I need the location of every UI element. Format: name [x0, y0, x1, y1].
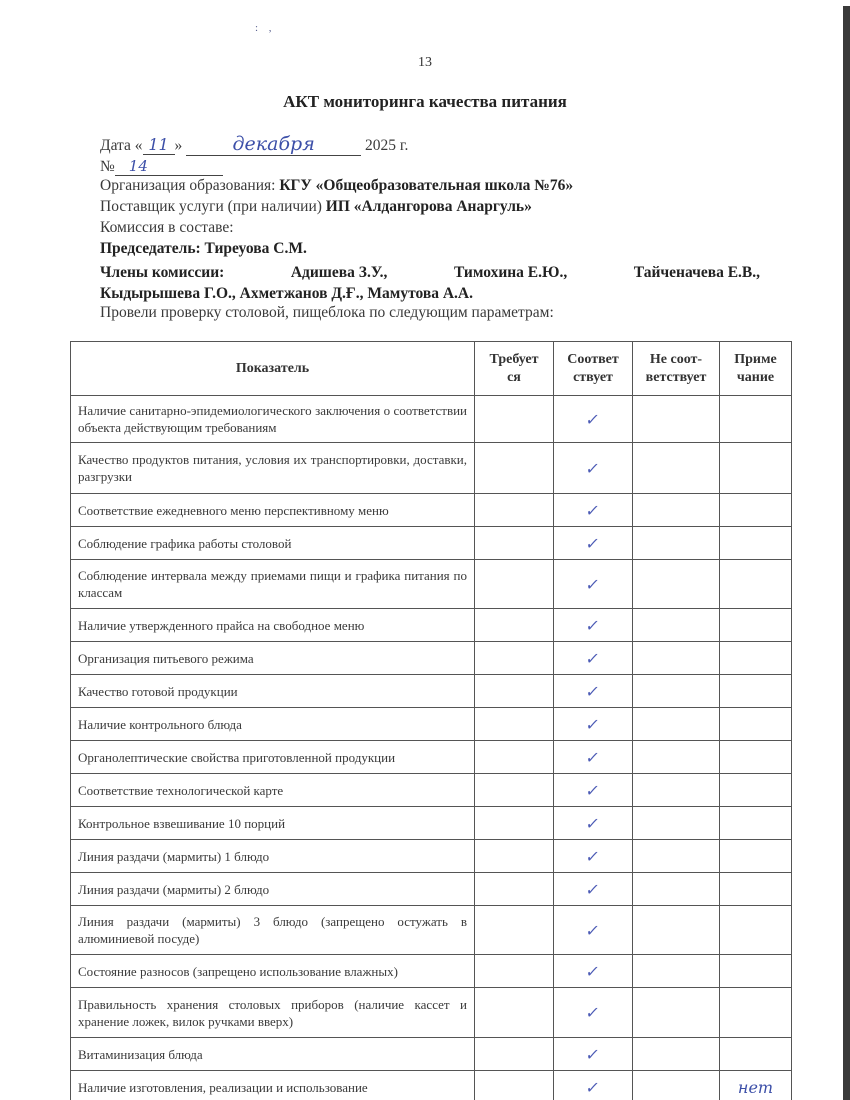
indicator-cell: Соблюдение интервала между приемами пищи…: [71, 560, 475, 609]
checkmark-icon: ✓: [585, 921, 602, 940]
not-complies-cell: [633, 988, 720, 1038]
number-label: №: [100, 158, 115, 175]
checkmark-icon: ✓: [585, 1045, 602, 1064]
member: Тайченачева Е.В.,: [634, 262, 760, 283]
required-cell: [475, 609, 554, 642]
required-cell: [475, 840, 554, 873]
header-complies: Соответствует: [554, 342, 633, 396]
required-cell: [475, 741, 554, 774]
date-mid: »: [175, 137, 183, 154]
table-row: Линия раздачи (мармиты) 1 блюдо✓: [71, 840, 792, 873]
required-cell: [475, 560, 554, 609]
date-year: 2025 г.: [365, 137, 408, 154]
note-cell: [720, 708, 792, 741]
complies-cell: ✓: [554, 774, 633, 807]
note-cell: [720, 955, 792, 988]
required-cell: [475, 1071, 554, 1100]
commission-label: Комиссия в составе:: [100, 219, 234, 237]
not-complies-cell: [633, 443, 720, 494]
required-cell: [475, 774, 554, 807]
indicator-cell: Состояние разносов (запрещено использова…: [71, 955, 475, 988]
required-cell: [475, 708, 554, 741]
table-header-row: Показатель Требуется Соответствует Не со…: [71, 342, 792, 396]
organization-value: КГУ «Общеобразовательная школа №76»: [279, 177, 573, 194]
table-row: Витаминизация блюда✓: [71, 1038, 792, 1071]
checkmark-icon: ✓: [585, 459, 602, 478]
table-row: Наличие санитарно-эпидемиологического за…: [71, 396, 792, 443]
complies-cell: ✓: [554, 443, 633, 494]
member: Тимохина Е.Ю.,: [454, 262, 567, 283]
note-cell: [720, 774, 792, 807]
date-month: декабря: [186, 133, 361, 156]
not-complies-cell: [633, 527, 720, 560]
table-row: Органолептические свойства приготовленно…: [71, 741, 792, 774]
checkmark-icon: ✓: [585, 1078, 602, 1097]
indicator-cell: Правильность хранения столовых приборов …: [71, 988, 475, 1038]
table-row: Линия раздачи (мармиты) 2 блюдо✓: [71, 873, 792, 906]
complies-cell: ✓: [554, 494, 633, 527]
not-complies-cell: [633, 396, 720, 443]
indicator-cell: Органолептические свойства приготовленно…: [71, 741, 475, 774]
complies-cell: ✓: [554, 396, 633, 443]
table-row: Организация питьевого режима✓: [71, 642, 792, 675]
table-row: Соответствие ежедневного меню перспектив…: [71, 494, 792, 527]
table-row: Контрольное взвешивание 10 порций✓: [71, 807, 792, 840]
document-title: АКТ мониторинга качества питания: [0, 92, 850, 112]
note-cell: [720, 494, 792, 527]
table-row: Соблюдение графика работы столовой✓: [71, 527, 792, 560]
checkmark-icon: ✓: [585, 847, 602, 866]
note-cell: [720, 675, 792, 708]
required-cell: [475, 642, 554, 675]
complies-cell: ✓: [554, 807, 633, 840]
date-prefix: Дата «: [100, 137, 143, 154]
checkmark-icon: ✓: [585, 1003, 602, 1022]
not-complies-cell: [633, 1038, 720, 1071]
table-row: Качество готовой продукции✓: [71, 675, 792, 708]
number-value: 14: [115, 157, 223, 176]
table-row: Линия раздачи (мармиты) 3 блюдо (запреще…: [71, 906, 792, 955]
complies-cell: ✓: [554, 840, 633, 873]
indicator-cell: Линия раздачи (мармиты) 2 блюдо: [71, 873, 475, 906]
indicator-cell: Соблюдение графика работы столовой: [71, 527, 475, 560]
indicator-cell: Наличие санитарно-эпидемиологического за…: [71, 396, 475, 443]
organization-label: Организация образования:: [100, 177, 275, 194]
not-complies-cell: [633, 774, 720, 807]
checkmark-icon: ✓: [585, 880, 602, 899]
number-line: №14: [100, 157, 223, 176]
stray-marks: : ,: [255, 22, 276, 34]
table-row: Соответствие технологической карте✓: [71, 774, 792, 807]
not-complies-cell: [633, 741, 720, 774]
complies-cell: ✓: [554, 1038, 633, 1071]
required-cell: [475, 527, 554, 560]
indicator-cell: Качество продуктов питания, условия их т…: [71, 443, 475, 494]
complies-cell: ✓: [554, 560, 633, 609]
chairman: Председатель: Тиреуова С.М.: [100, 240, 307, 258]
note-cell: [720, 807, 792, 840]
complies-cell: ✓: [554, 988, 633, 1038]
not-complies-cell: [633, 675, 720, 708]
scan-edge-shadow: [843, 6, 850, 1100]
indicator-cell: Соответствие технологической карте: [71, 774, 475, 807]
indicator-cell: Контрольное взвешивание 10 порций: [71, 807, 475, 840]
indicator-cell: Наличие утвержденного прайса на свободно…: [71, 609, 475, 642]
table-row: Состояние разносов (запрещено использова…: [71, 955, 792, 988]
header-required: Требуется: [475, 342, 554, 396]
commission-members: Члены комиссии: Адишева З.У., Тимохина Е…: [100, 262, 760, 304]
indicator-cell: Качество готовой продукции: [71, 675, 475, 708]
required-cell: [475, 675, 554, 708]
indicator-cell: Наличие изготовления, реализации и испол…: [71, 1071, 475, 1100]
note-cell: [720, 609, 792, 642]
not-complies-cell: [633, 560, 720, 609]
complies-cell: ✓: [554, 955, 633, 988]
complies-cell: ✓: [554, 527, 633, 560]
complies-cell: ✓: [554, 609, 633, 642]
complies-cell: ✓: [554, 906, 633, 955]
note-cell: [720, 906, 792, 955]
checkmark-icon: ✓: [585, 962, 602, 981]
complies-cell: ✓: [554, 1071, 633, 1100]
checkmark-icon: ✓: [585, 575, 602, 594]
organization-line: Организация образования: КГУ «Общеобразо…: [100, 177, 573, 195]
indicator-cell: Линия раздачи (мармиты) 1 блюдо: [71, 840, 475, 873]
date-day: 11: [143, 135, 175, 155]
indicator-cell: Витаминизация блюда: [71, 1038, 475, 1071]
checkmark-icon: ✓: [585, 649, 602, 668]
checkmark-icon: ✓: [585, 534, 602, 553]
note-cell: [720, 741, 792, 774]
indicator-cell: Наличие контрольного блюда: [71, 708, 475, 741]
not-complies-cell: [633, 609, 720, 642]
note-cell: [720, 560, 792, 609]
checkmark-icon: ✓: [585, 410, 602, 429]
date-line: Дата «11» декабря 2025 г.: [100, 133, 408, 156]
checkmark-icon: ✓: [585, 781, 602, 800]
required-cell: [475, 807, 554, 840]
note-cell: нет: [720, 1071, 792, 1100]
required-cell: [475, 988, 554, 1038]
members-line2: Кыдырышева Г.О., Ахметжанов Д.Ғ., Мамуто…: [100, 283, 760, 304]
indicator-cell: Организация питьевого режима: [71, 642, 475, 675]
supplier-line: Поставщик услуги (при наличии) ИП «Алдан…: [100, 198, 532, 216]
note-cell: [720, 1038, 792, 1071]
required-cell: [475, 873, 554, 906]
checkmark-icon: ✓: [585, 748, 602, 767]
indicator-cell: Соответствие ежедневного меню перспектив…: [71, 494, 475, 527]
supplier-value: ИП «Алдангорова Анаргуль»: [326, 198, 532, 215]
not-complies-cell: [633, 873, 720, 906]
required-cell: [475, 1038, 554, 1071]
table-row: Правильность хранения столовых приборов …: [71, 988, 792, 1038]
not-complies-cell: [633, 642, 720, 675]
supplier-label: Поставщик услуги (при наличии): [100, 198, 322, 215]
intro-text: Провели проверку столовой, пищеблока по …: [100, 304, 554, 322]
not-complies-cell: [633, 1071, 720, 1100]
table-row: Наличие утвержденного прайса на свободно…: [71, 609, 792, 642]
header-indicator: Показатель: [71, 342, 475, 396]
note-cell: [720, 396, 792, 443]
complies-cell: ✓: [554, 642, 633, 675]
required-cell: [475, 955, 554, 988]
complies-cell: ✓: [554, 675, 633, 708]
complies-cell: ✓: [554, 873, 633, 906]
required-cell: [475, 494, 554, 527]
members-label: Члены комиссии:: [100, 262, 224, 283]
table-row: Наличие изготовления, реализации и испол…: [71, 1071, 792, 1100]
checkmark-icon: ✓: [585, 715, 602, 734]
required-cell: [475, 443, 554, 494]
not-complies-cell: [633, 906, 720, 955]
table-row: Наличие контрольного блюда✓: [71, 708, 792, 741]
indicator-cell: Линия раздачи (мармиты) 3 блюдо (запреще…: [71, 906, 475, 955]
required-cell: [475, 906, 554, 955]
note-cell: [720, 443, 792, 494]
not-complies-cell: [633, 840, 720, 873]
not-complies-cell: [633, 494, 720, 527]
checkmark-icon: ✓: [585, 616, 602, 635]
note-cell: [720, 988, 792, 1038]
note-cell: [720, 642, 792, 675]
complies-cell: ✓: [554, 708, 633, 741]
member: Адишева З.У.,: [291, 262, 388, 283]
checkmark-icon: ✓: [585, 814, 602, 833]
monitoring-table: Показатель Требуется Соответствует Не со…: [70, 341, 792, 1100]
table-row: Соблюдение интервала между приемами пищи…: [71, 560, 792, 609]
complies-cell: ✓: [554, 741, 633, 774]
checkmark-icon: ✓: [585, 682, 602, 701]
table-row: Качество продуктов питания, условия их т…: [71, 443, 792, 494]
not-complies-cell: [633, 708, 720, 741]
not-complies-cell: [633, 807, 720, 840]
checkmark-icon: ✓: [585, 501, 602, 520]
not-complies-cell: [633, 955, 720, 988]
header-not-complies: Не соот-ветствует: [633, 342, 720, 396]
required-cell: [475, 396, 554, 443]
note-cell: [720, 873, 792, 906]
note-cell: [720, 840, 792, 873]
note-cell: [720, 527, 792, 560]
header-note: Примечание: [720, 342, 792, 396]
page-number: 13: [0, 55, 850, 71]
